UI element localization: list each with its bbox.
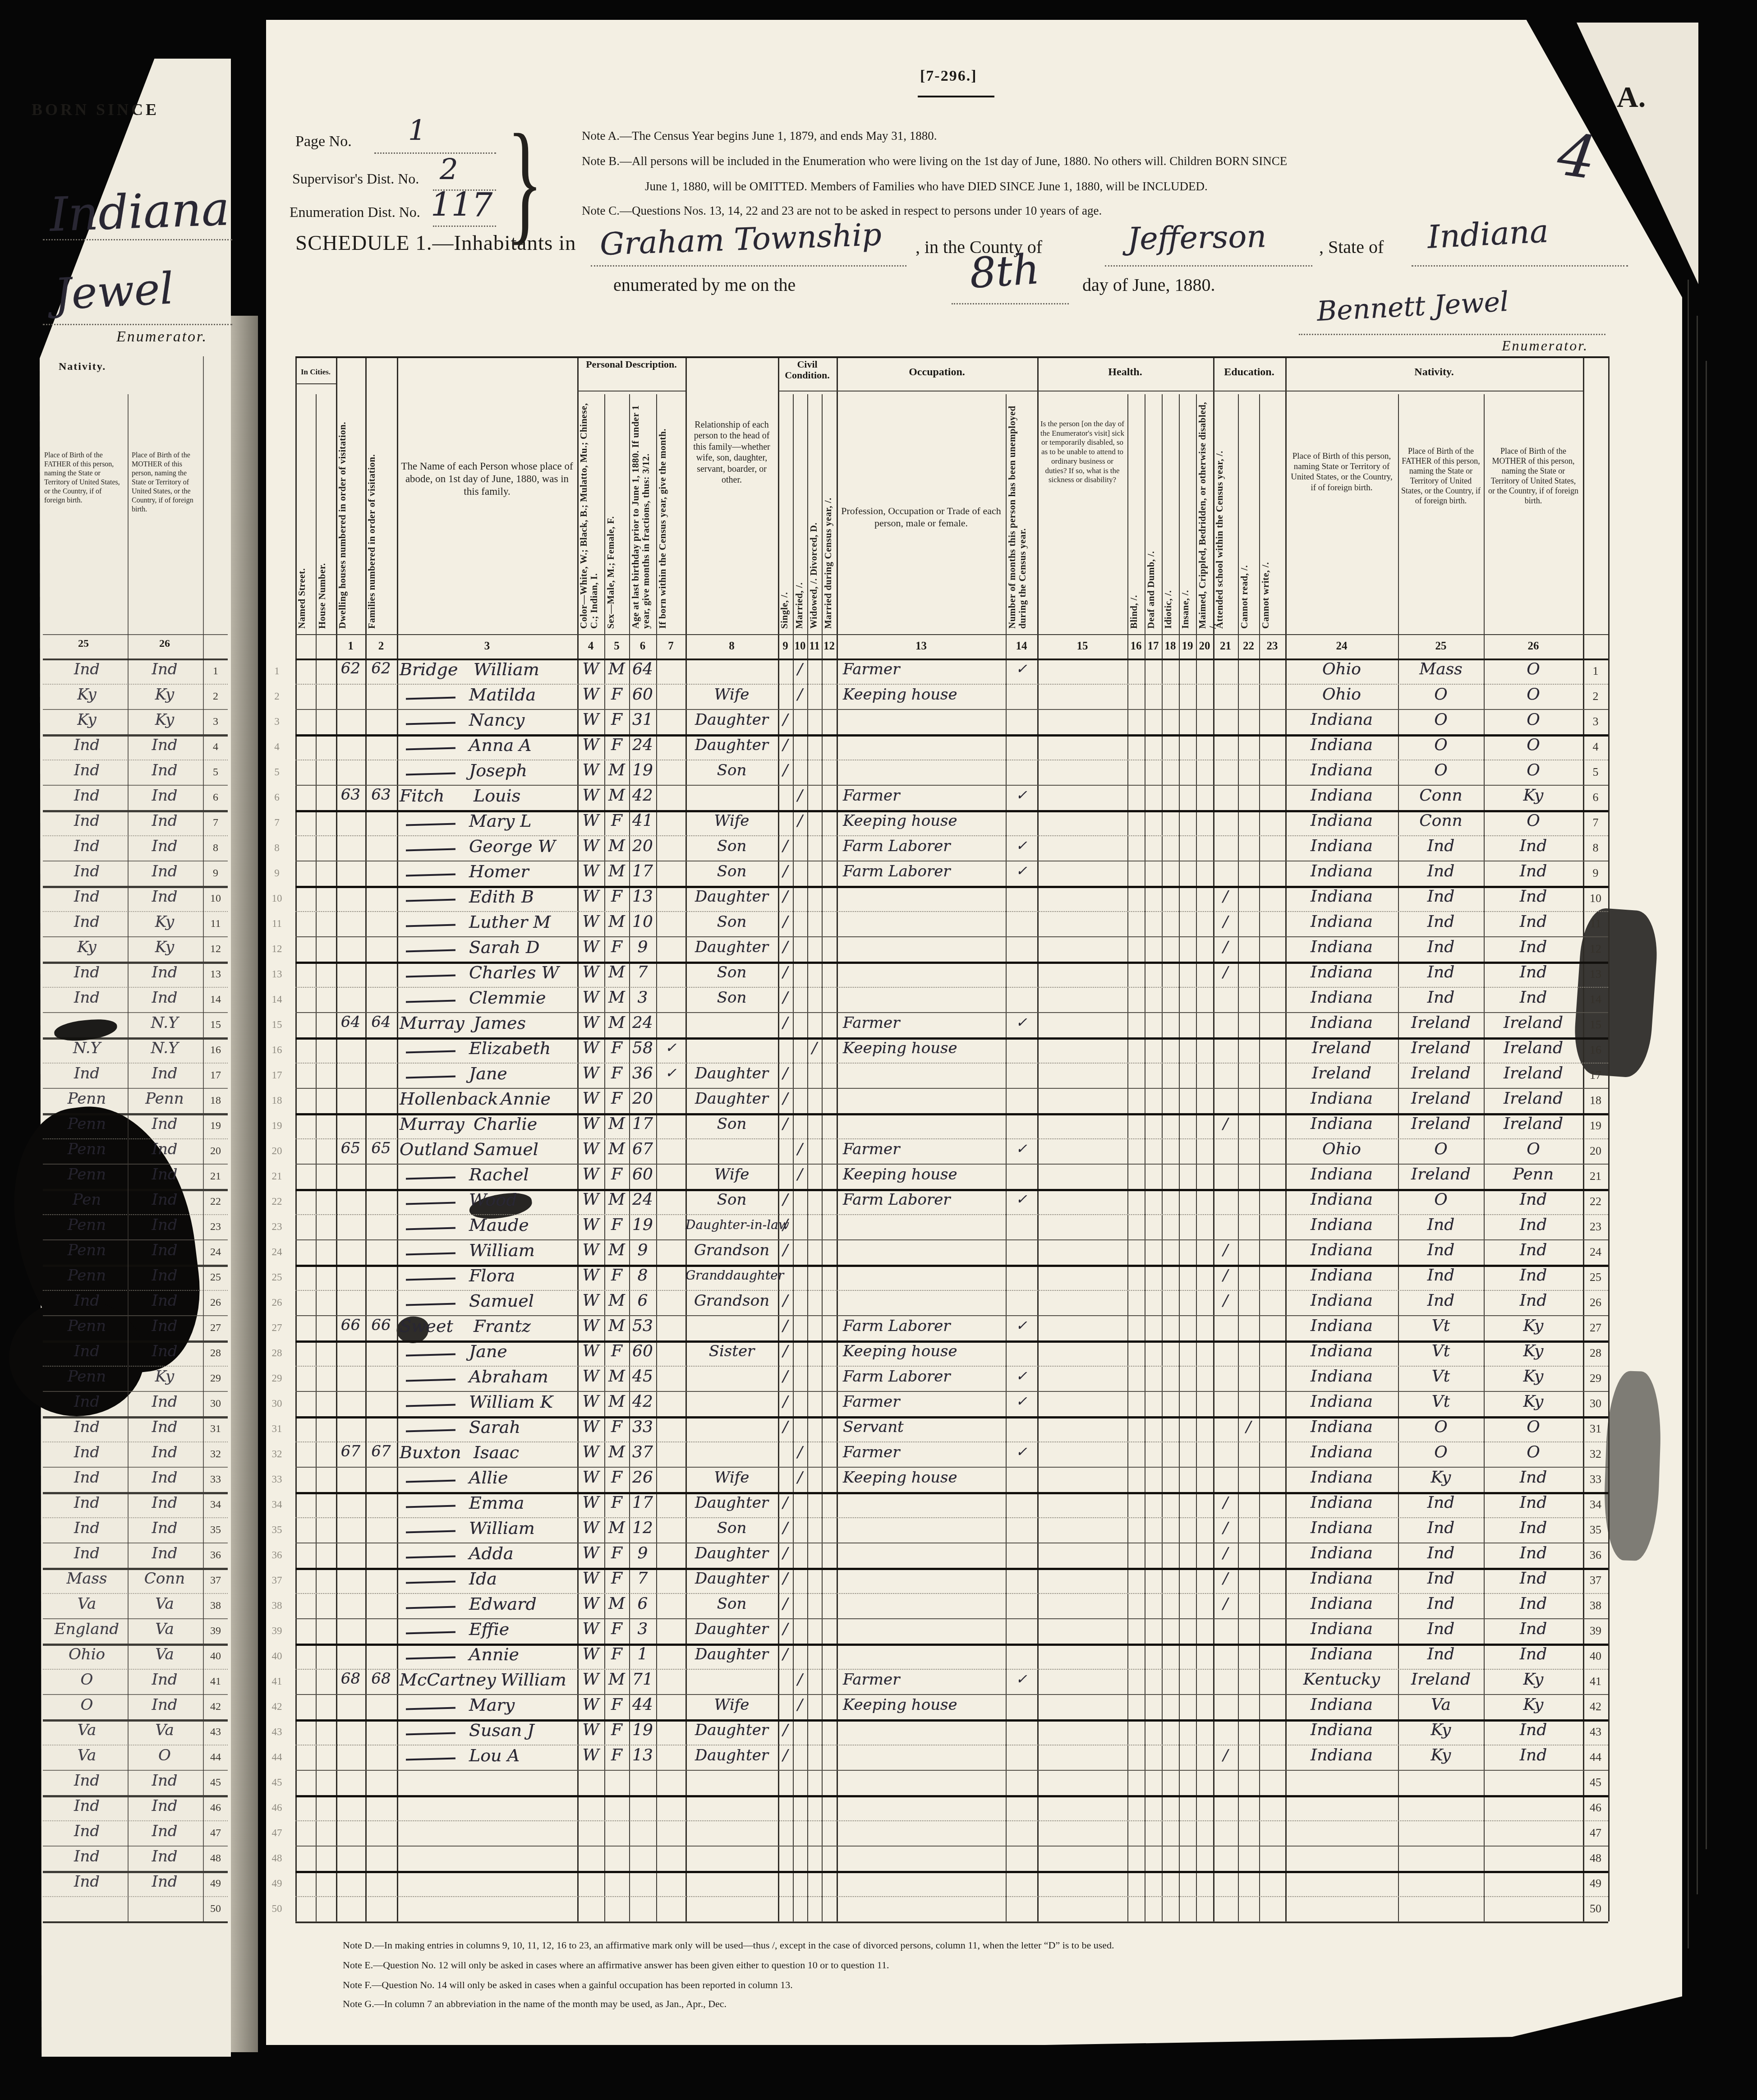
line-number-right: 24 bbox=[1583, 1239, 1608, 1265]
col-header-birthplace: Place of Birth of this person, naming St… bbox=[1288, 451, 1395, 493]
cell-birthplace: Indiana bbox=[1285, 1743, 1398, 1768]
cell-color: W bbox=[577, 1313, 604, 1339]
col-number-name: 3 bbox=[397, 634, 577, 659]
cell-school-mark: / bbox=[1213, 909, 1238, 935]
line-number-right: 39 bbox=[1583, 1618, 1608, 1644]
left-row-line bbox=[43, 1896, 228, 1897]
cell-single-mark: / bbox=[778, 1414, 793, 1440]
cell-age: 19 bbox=[629, 758, 656, 783]
left-cell-father-birthplace: Ohio bbox=[50, 1642, 124, 1667]
enumerated-suffix: day of June, 1880. bbox=[1082, 274, 1215, 295]
cell-birthplace: Indiana bbox=[1285, 1288, 1398, 1313]
cell-birthplace: Indiana bbox=[1285, 1642, 1398, 1667]
cell-sex: M bbox=[604, 960, 629, 985]
cell-givenname: Matilda bbox=[469, 682, 536, 707]
cell-givenname: Effie bbox=[469, 1616, 509, 1642]
left-cell-father-birthplace: Penn bbox=[50, 1111, 124, 1137]
cell-father-birthplace: Vt bbox=[1398, 1389, 1484, 1414]
cell-sex: M bbox=[604, 1137, 629, 1162]
cell-age: 60 bbox=[629, 1339, 656, 1364]
left-cell-father-birthplace: Ky bbox=[50, 682, 124, 707]
cell-mother-birthplace: Penn bbox=[1484, 1162, 1583, 1187]
cell-color: W bbox=[577, 1616, 604, 1642]
cell-dwelling: 65 bbox=[336, 1136, 365, 1161]
cell-unemployed-mark: ✓ bbox=[1006, 1389, 1037, 1414]
cell-occupation: Farmer bbox=[843, 783, 1006, 808]
line-number-left: 42 bbox=[269, 1694, 285, 1719]
cell-color: W bbox=[577, 1541, 604, 1566]
cell-age: 12 bbox=[629, 1515, 656, 1541]
state-hw: Indiana bbox=[1426, 212, 1549, 256]
supervisor-value: 2 bbox=[440, 153, 458, 187]
cell-sex: M bbox=[604, 1288, 629, 1313]
left-cell-mother-birthplace: Ind bbox=[131, 1465, 198, 1490]
col-number-mother_birthplace: 26 bbox=[1484, 634, 1583, 659]
left-cell-mother-birthplace: Ind bbox=[131, 1111, 198, 1137]
cell-relationship: Son bbox=[685, 1591, 778, 1616]
cell-age: 9 bbox=[629, 1238, 656, 1263]
cell-sex: F bbox=[604, 682, 629, 707]
line-number-right: 22 bbox=[1583, 1189, 1608, 1214]
line-number-right: 30 bbox=[1583, 1391, 1608, 1416]
cell-school-mark: / bbox=[1213, 884, 1238, 909]
cell-unemployed-mark: ✓ bbox=[1006, 657, 1037, 682]
cell-age: 3 bbox=[629, 1616, 656, 1642]
cell-color: W bbox=[577, 1667, 604, 1692]
cell-occupation: Keeping house bbox=[843, 808, 1006, 834]
cell-birthplace: Indiana bbox=[1285, 1414, 1398, 1440]
cell-occupation: Farm Laborer bbox=[843, 1313, 1006, 1339]
left-enumerator-label: Enumerator. bbox=[116, 328, 207, 345]
left-line-number: 2 bbox=[204, 684, 227, 709]
cell-born-month-mark: ✓ bbox=[656, 1061, 685, 1086]
cell-father-birthplace: Ky bbox=[1398, 1718, 1484, 1743]
cell-givenname: Isaac bbox=[474, 1440, 519, 1465]
cell-color: W bbox=[577, 1692, 604, 1718]
cell-mother-birthplace: Ind bbox=[1484, 1541, 1583, 1566]
cell-sex: F bbox=[604, 1642, 629, 1667]
cell-father-birthplace: O bbox=[1398, 1137, 1484, 1162]
cell-school-mark: / bbox=[1213, 1111, 1238, 1137]
left-line-number: 33 bbox=[204, 1467, 227, 1492]
cell-father-birthplace: Ireland bbox=[1398, 1036, 1484, 1061]
line-number-left: 5 bbox=[269, 760, 285, 785]
cell-occupation: Keeping house bbox=[843, 1339, 1006, 1364]
cell-dwelling: 62 bbox=[336, 656, 365, 681]
cell-father-birthplace: O bbox=[1398, 682, 1484, 707]
cell-sex: F bbox=[604, 1061, 629, 1086]
line-number-right: 10 bbox=[1583, 886, 1608, 911]
line-number-left: 32 bbox=[269, 1441, 285, 1467]
cell-age: 9 bbox=[629, 1541, 656, 1566]
line-number-left: 41 bbox=[269, 1669, 285, 1694]
line-number-right: 14 bbox=[1583, 987, 1608, 1012]
line-number-left: 50 bbox=[269, 1896, 285, 1921]
cell-family: 64 bbox=[365, 1009, 397, 1035]
line-number-left: 30 bbox=[269, 1391, 285, 1416]
col-header-idiotic: Idiotic, /. bbox=[1163, 398, 1177, 629]
cell-single-mark: / bbox=[778, 707, 793, 732]
left-cell-mother-birthplace: Ind bbox=[131, 834, 198, 859]
cell-color: W bbox=[577, 1389, 604, 1414]
cell-married-mark: / bbox=[793, 1692, 807, 1718]
cell-family: 67 bbox=[365, 1439, 397, 1464]
left-cell-father-birthplace: Ind bbox=[50, 859, 124, 884]
cell-dwelling: 66 bbox=[336, 1312, 365, 1338]
cell-age: 42 bbox=[629, 1389, 656, 1414]
cell-mother-birthplace: Ind bbox=[1484, 1238, 1583, 1263]
line-number-left: 45 bbox=[269, 1770, 285, 1795]
cell-givenname: Rachel bbox=[469, 1162, 529, 1187]
line-number-left: 28 bbox=[269, 1340, 285, 1366]
left-line-number: 35 bbox=[204, 1517, 227, 1543]
cell-color: W bbox=[577, 1339, 604, 1364]
cell-age: 3 bbox=[629, 985, 656, 1010]
cell-givenname: George W bbox=[469, 834, 556, 859]
cell-givenname: Elizabeth bbox=[469, 1036, 551, 1061]
left-signature-line bbox=[43, 324, 232, 325]
enum-day-line bbox=[952, 303, 1069, 304]
left-cell-mother-birthplace: Ind bbox=[131, 657, 198, 682]
cell-birthplace: Indiana bbox=[1285, 884, 1398, 909]
cell-birthplace: Ohio bbox=[1285, 1137, 1398, 1162]
left-cell-mother-birthplace: Ind bbox=[131, 985, 198, 1010]
col-header-single: Single, /. bbox=[779, 398, 791, 629]
page-no-label: Page No. bbox=[295, 133, 352, 150]
cell-relationship: Daughter bbox=[685, 1616, 778, 1642]
col-number-dwelling: 1 bbox=[336, 634, 365, 659]
col-number-insane: 19 bbox=[1179, 634, 1196, 659]
footnote-g: Note G.—In column 7 an abbreviation in t… bbox=[343, 1998, 727, 2010]
form-number: [7-296.] bbox=[920, 68, 977, 85]
col-number-cannot_write: 23 bbox=[1259, 634, 1285, 659]
cell-age: 60 bbox=[629, 682, 656, 707]
cell-father-birthplace: Ind bbox=[1398, 1515, 1484, 1541]
cell-givenname: Louis bbox=[474, 783, 520, 808]
cell-single-mark: / bbox=[778, 1339, 793, 1364]
cell-surname: Buxton bbox=[400, 1440, 461, 1465]
cell-givenname: William bbox=[469, 1238, 535, 1263]
col-number-months_unemployed: 14 bbox=[1006, 634, 1037, 659]
line-number-right: 18 bbox=[1583, 1088, 1608, 1113]
cell-single-mark: / bbox=[778, 960, 793, 985]
cell-sex: F bbox=[604, 1616, 629, 1642]
cell-father-birthplace: Conn bbox=[1398, 783, 1484, 808]
cell-mother-birthplace: O bbox=[1484, 707, 1583, 732]
cell-sex: F bbox=[604, 1263, 629, 1288]
line-number-right: 17 bbox=[1583, 1063, 1608, 1088]
cell-age: 19 bbox=[629, 1212, 656, 1238]
cell-age: 31 bbox=[629, 707, 656, 732]
cell-color: W bbox=[577, 1061, 604, 1086]
cell-birthplace: Indiana bbox=[1285, 960, 1398, 985]
cell-surname: Fitch bbox=[400, 783, 445, 808]
line-number-right: 3 bbox=[1583, 709, 1608, 734]
cell-givenname: Maude bbox=[469, 1212, 529, 1238]
cell-age: 60 bbox=[629, 1162, 656, 1187]
state-line bbox=[1412, 265, 1628, 267]
cell-occupation: Keeping house bbox=[843, 1465, 1006, 1490]
supervisor-label: Supervisor's Dist. No. bbox=[292, 170, 419, 187]
cell-father-birthplace: Ind bbox=[1398, 909, 1484, 935]
row-line bbox=[295, 1896, 1608, 1897]
left-cell-father-birthplace: Ind bbox=[50, 1490, 124, 1515]
cell-color: W bbox=[577, 834, 604, 859]
col-header-cannot_write: Cannot write, /. bbox=[1260, 398, 1284, 629]
left-cell-father-birthplace: Ind bbox=[50, 834, 124, 859]
line-number-right: 47 bbox=[1583, 1820, 1608, 1846]
left-state-line bbox=[43, 239, 232, 240]
left-line-number: 18 bbox=[204, 1088, 227, 1113]
left-cell-mother-birthplace: Ind bbox=[131, 1440, 198, 1465]
cell-color: W bbox=[577, 657, 604, 682]
left-line-number: 20 bbox=[204, 1138, 227, 1164]
line-number-right: 5 bbox=[1583, 760, 1608, 785]
cell-age: 26 bbox=[629, 1465, 656, 1490]
left-cell-mother-birthplace: N.Y bbox=[131, 1036, 198, 1061]
cell-birthplace: Indiana bbox=[1285, 859, 1398, 884]
cell-color: W bbox=[577, 1137, 604, 1162]
cell-single-mark: / bbox=[778, 859, 793, 884]
cell-givenname: Joseph bbox=[469, 758, 527, 783]
line-number-left: 39 bbox=[269, 1618, 285, 1644]
line-number-right: 48 bbox=[1583, 1846, 1608, 1871]
cell-givenname: Lou A bbox=[469, 1743, 520, 1768]
cell-birthplace: Indiana bbox=[1285, 1263, 1398, 1288]
state-label: , State of bbox=[1319, 236, 1384, 258]
cell-surname: Sweet bbox=[400, 1313, 453, 1339]
cell-mother-birthplace: Ky bbox=[1484, 1364, 1583, 1389]
line-number-left: 38 bbox=[269, 1593, 285, 1618]
cell-single-mark: / bbox=[778, 1566, 793, 1591]
left-cell-father-birthplace: Pen bbox=[50, 1187, 124, 1212]
left-cell-father-birthplace: Ind bbox=[50, 909, 124, 935]
col-number-family: 2 bbox=[365, 634, 397, 659]
cell-sex: F bbox=[604, 935, 629, 960]
cell-unemployed-mark: ✓ bbox=[1006, 1440, 1037, 1465]
line-number-left: 2 bbox=[269, 684, 285, 709]
cell-unemployed-mark: ✓ bbox=[1006, 1187, 1037, 1212]
cell-givenname: Samuel bbox=[474, 1137, 538, 1162]
cell-color: W bbox=[577, 1364, 604, 1389]
cell-givenname: Abraham bbox=[469, 1364, 548, 1389]
line-number-left: 11 bbox=[269, 911, 285, 936]
line-number-right: 49 bbox=[1583, 1871, 1608, 1896]
left-cell-father-birthplace: O bbox=[50, 1692, 124, 1718]
cell-birthplace: Indiana bbox=[1285, 1339, 1398, 1364]
cell-color: W bbox=[577, 935, 604, 960]
left-cell-father-birthplace: Ky bbox=[50, 935, 124, 960]
cell-dwelling: 68 bbox=[336, 1666, 365, 1691]
cell-father-birthplace: Ind bbox=[1398, 985, 1484, 1010]
cell-sex: F bbox=[604, 1212, 629, 1238]
cell-color: W bbox=[577, 783, 604, 808]
cell-school-mark: / bbox=[1213, 935, 1238, 960]
cell-age: 17 bbox=[629, 859, 656, 884]
group-underline bbox=[1037, 391, 1213, 391]
line-number-right: 33 bbox=[1583, 1467, 1608, 1492]
cell-father-birthplace: Ireland bbox=[1398, 1162, 1484, 1187]
left-cell-mother-birthplace: Ind bbox=[131, 1288, 198, 1313]
cell-birthplace: Indiana bbox=[1285, 1389, 1398, 1414]
left-cell-mother-birthplace: Ind bbox=[131, 1768, 198, 1793]
cell-single-mark: / bbox=[778, 1515, 793, 1541]
cell-relationship: Son bbox=[685, 834, 778, 859]
cell-mother-birthplace: O bbox=[1484, 1137, 1583, 1162]
cell-mother-birthplace: Ky bbox=[1484, 1313, 1583, 1339]
line-number-right: 38 bbox=[1583, 1593, 1608, 1618]
left-line-number: 36 bbox=[204, 1543, 227, 1568]
line-number-right: 4 bbox=[1583, 734, 1608, 760]
cell-age: 7 bbox=[629, 1566, 656, 1591]
line-number-left: 43 bbox=[269, 1719, 285, 1745]
cell-single-mark: / bbox=[778, 1541, 793, 1566]
cell-birthplace: Indiana bbox=[1285, 732, 1398, 758]
cell-color: W bbox=[577, 1212, 604, 1238]
cell-single-mark: / bbox=[778, 1212, 793, 1238]
left-nativity-label: Nativity. bbox=[59, 361, 106, 373]
left-cell-mother-birthplace: Ind bbox=[131, 960, 198, 985]
left-line-number: 50 bbox=[204, 1896, 227, 1921]
cell-age: 45 bbox=[629, 1364, 656, 1389]
cell-occupation: Farmer bbox=[843, 1389, 1006, 1414]
cell-age: 7 bbox=[629, 960, 656, 985]
cell-occupation: Farm Laborer bbox=[843, 1187, 1006, 1212]
cell-mother-birthplace: Ind bbox=[1484, 960, 1583, 985]
row-line bbox=[295, 1871, 1608, 1873]
left-line-number: 43 bbox=[204, 1719, 227, 1745]
cell-sex: F bbox=[604, 1414, 629, 1440]
page-edge-streak-2 bbox=[1697, 316, 1698, 1894]
cell-color: W bbox=[577, 960, 604, 985]
left-cell-father-birthplace: Ind bbox=[50, 1869, 124, 1894]
cell-sex: M bbox=[604, 1187, 629, 1212]
cell-relationship: Daughter bbox=[685, 1566, 778, 1591]
left-cell-father-birthplace: Penn bbox=[50, 1313, 124, 1339]
cell-single-mark: / bbox=[778, 1364, 793, 1389]
left-line-number: 1 bbox=[204, 659, 227, 684]
line-number-left: 35 bbox=[269, 1517, 285, 1543]
cell-sex: M bbox=[604, 758, 629, 783]
col-header-insane: Insane, /. bbox=[1180, 398, 1195, 629]
cell-relationship: Daughter bbox=[685, 732, 778, 758]
cell-single-mark: / bbox=[778, 1061, 793, 1086]
line-number-right: 9 bbox=[1583, 861, 1608, 886]
left-line-number: 22 bbox=[204, 1189, 227, 1214]
left-cell-father-birthplace: Ind bbox=[50, 1515, 124, 1541]
left-cell-mother-birthplace: Va bbox=[131, 1718, 198, 1743]
cell-father-birthplace: Ind bbox=[1398, 1263, 1484, 1288]
col-header-age: Age at last birthday prior to June 1, 18… bbox=[630, 398, 655, 629]
line-number-right: 20 bbox=[1583, 1138, 1608, 1164]
cell-sex: M bbox=[604, 1440, 629, 1465]
row-line bbox=[295, 1770, 1608, 1771]
cell-color: W bbox=[577, 1515, 604, 1541]
cell-age: 8 bbox=[629, 1263, 656, 1288]
cell-sex: F bbox=[604, 1490, 629, 1515]
cell-mother-birthplace: Ind bbox=[1484, 1288, 1583, 1313]
cell-mother-birthplace: Ky bbox=[1484, 1339, 1583, 1364]
cell-relationship: Daughter bbox=[685, 935, 778, 960]
group-underline bbox=[295, 383, 336, 384]
cell-mother-birthplace: Ind bbox=[1484, 834, 1583, 859]
cell-father-birthplace: O bbox=[1398, 1187, 1484, 1212]
left-line-number: 39 bbox=[204, 1618, 227, 1644]
cell-birthplace: Indiana bbox=[1285, 1718, 1398, 1743]
left-cell-mother-birthplace: Ind bbox=[131, 758, 198, 783]
census-scan: A. 4 BORN SINCE Indiana Jewel Enumerator… bbox=[0, 0, 1757, 2100]
col-header-dwelling: Dwelling houses numbered in order of vis… bbox=[337, 398, 364, 629]
cell-color: W bbox=[577, 758, 604, 783]
cell-age: 64 bbox=[629, 657, 656, 682]
line-number-right: 32 bbox=[1583, 1441, 1608, 1467]
line-number-right: 16 bbox=[1583, 1037, 1608, 1063]
line-number-left: 23 bbox=[269, 1214, 285, 1239]
cell-mother-birthplace: O bbox=[1484, 1414, 1583, 1440]
cell-givenname: William K bbox=[469, 1389, 553, 1414]
cell-married-mark: / bbox=[793, 682, 807, 707]
cell-givenname: Frantz bbox=[474, 1313, 531, 1339]
left-line-number: 34 bbox=[204, 1492, 227, 1517]
cell-age: 33 bbox=[629, 1414, 656, 1440]
line-number-right: 25 bbox=[1583, 1265, 1608, 1290]
line-number-left: 10 bbox=[269, 886, 285, 911]
left-page-edge bbox=[231, 316, 258, 2052]
line-number-right: 2 bbox=[1583, 684, 1608, 709]
cell-sex: M bbox=[604, 657, 629, 682]
cell-father-birthplace: Conn bbox=[1398, 808, 1484, 834]
cell-givenname: Ida bbox=[469, 1566, 497, 1591]
enum-day-hw: 8th bbox=[968, 245, 1041, 298]
col-header-attended_school: Attended school within the Census year, … bbox=[1214, 398, 1237, 629]
left-cell-father-birthplace: Ind bbox=[50, 1768, 124, 1793]
cell-givenname: William bbox=[469, 1515, 535, 1541]
cell-relationship: Son bbox=[685, 909, 778, 935]
cell-birthplace: Indiana bbox=[1285, 1364, 1398, 1389]
line-number-left: 36 bbox=[269, 1543, 285, 1568]
cell-givenname: William bbox=[474, 657, 539, 682]
line-number-left: 44 bbox=[269, 1745, 285, 1770]
cell-single-mark: / bbox=[778, 884, 793, 909]
footnote-e: Note E.—Question No. 12 will only be ask… bbox=[343, 1959, 889, 1971]
cell-school-mark: / bbox=[1213, 1566, 1238, 1591]
cell-color: W bbox=[577, 808, 604, 834]
cell-age: 20 bbox=[629, 834, 656, 859]
cell-single-mark: / bbox=[778, 1718, 793, 1743]
cell-school-mark: / bbox=[1213, 1263, 1238, 1288]
cell-unemployed-mark: ✓ bbox=[1006, 859, 1037, 884]
cell-givenname: Sarah bbox=[469, 1414, 520, 1440]
cell-father-birthplace: Vt bbox=[1398, 1364, 1484, 1389]
cell-family: 66 bbox=[365, 1312, 397, 1338]
cell-mother-birthplace: Ind bbox=[1484, 1263, 1583, 1288]
place-line bbox=[591, 265, 906, 267]
group-header-nativity: Nativity. bbox=[1285, 366, 1583, 378]
page-no-value: 1 bbox=[408, 114, 426, 147]
line-number-left: 46 bbox=[269, 1795, 285, 1820]
cell-school-mark: / bbox=[1213, 1591, 1238, 1616]
left-line-number: 19 bbox=[204, 1113, 227, 1138]
enumerator-sig-line bbox=[1299, 334, 1605, 335]
cell-mother-birthplace: Ireland bbox=[1484, 1036, 1583, 1061]
line-number-right: 6 bbox=[1583, 785, 1608, 810]
left-line-number: 49 bbox=[204, 1871, 227, 1896]
left-line-number: 26 bbox=[204, 1290, 227, 1315]
line-number-right: 7 bbox=[1583, 810, 1608, 835]
left-col25-header: Place of Birth of the FATHER of this per… bbox=[44, 451, 122, 505]
cell-sex: M bbox=[604, 1010, 629, 1036]
cell-color: W bbox=[577, 859, 604, 884]
